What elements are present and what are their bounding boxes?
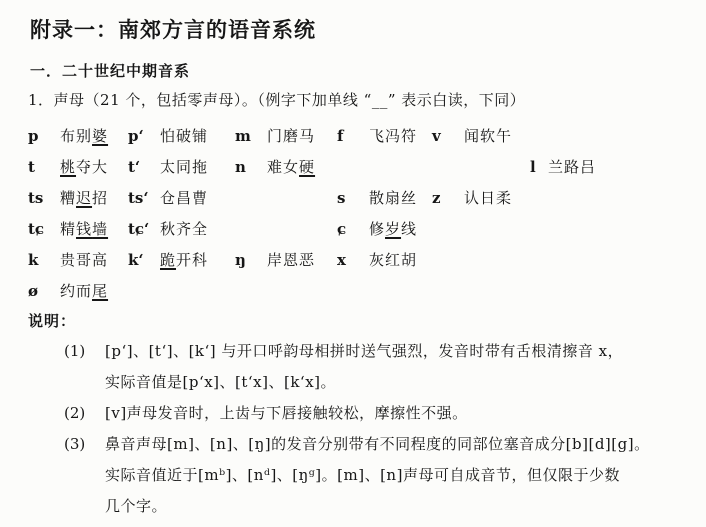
note-number: (1): [64, 336, 105, 367]
example-char-underlined: 尾: [92, 282, 108, 300]
initial-symbol: ts‘: [128, 189, 154, 207]
initials-table: p布别婆p‘怕破铺m门磨马f飞冯符v闻软午t桃夺大t‘太同拖n难女硬l兰路吕ts…: [28, 120, 688, 306]
initials-cell: m门磨马: [235, 125, 337, 146]
example-char: 女: [283, 158, 299, 176]
initials-cell: tɕ‘秋齐全: [128, 218, 235, 239]
example-char: 齐: [176, 220, 192, 238]
initials-cell: s散扇丝: [337, 187, 432, 208]
note-text: 鼻音声母[m]、[n]、[ŋ]的发音分别带有不同程度的同部位塞音成分[b][d]…: [105, 429, 690, 522]
initial-symbol: t: [28, 158, 54, 176]
example-char: 太: [160, 158, 176, 176]
note-item: (1) [p‘]、[t‘]、[k‘] 与开口呼韵母相拼时送气强烈，发音时带有舌根…: [64, 336, 690, 398]
example-char: 线: [401, 220, 417, 238]
example-char: 符: [401, 127, 417, 145]
example-char: 而: [76, 282, 92, 300]
initials-cell: t桃夺大: [28, 156, 128, 177]
example-char: 修: [369, 220, 385, 238]
example-char: 灰: [369, 251, 385, 269]
example-characters: 约而尾: [60, 280, 108, 301]
example-char: 认: [464, 189, 480, 207]
example-char: 磨: [283, 127, 299, 145]
example-char: 开: [176, 251, 192, 269]
page-title: 附录一：南郊方言的语音系统: [30, 14, 316, 44]
example-char: 约: [60, 282, 76, 300]
example-characters: 精钱墙: [60, 218, 108, 239]
example-char: 别: [76, 127, 92, 145]
example-char-underlined: 岁: [385, 220, 401, 238]
note-text: [v]声母发音时，上齿与下唇接触较松，摩擦性不强。: [105, 398, 690, 429]
example-char: 精: [60, 220, 76, 238]
example-char: 丝: [401, 189, 417, 207]
example-characters: 怕破铺: [160, 125, 208, 146]
example-characters: 贵哥高: [60, 249, 108, 270]
example-char: 冯: [385, 127, 401, 145]
initial-symbol: l: [530, 158, 540, 176]
initial-symbol: z: [432, 189, 458, 207]
example-char: 昌: [176, 189, 192, 207]
initials-intro-line: 1．声母（21 个，包括零声母）。（例字下加单线 “__” 表示白读，下同）: [28, 89, 525, 110]
example-characters: 秋齐全: [160, 218, 208, 239]
initials-row: ø约而尾: [28, 275, 688, 306]
example-characters: 认日柔: [464, 187, 512, 208]
example-char-underlined: 桃: [60, 158, 76, 176]
example-char-underlined: 钱: [76, 220, 92, 238]
initials-cell: f飞冯符: [337, 125, 432, 146]
example-char: 高: [92, 251, 108, 269]
initials-cell: n难女硬: [235, 156, 337, 177]
example-characters: 飞冯符: [369, 125, 417, 146]
initial-symbol: ŋ: [235, 251, 261, 269]
initials-row: ts糟迟招ts‘仓昌曹s散扇丝z认日柔: [28, 182, 688, 213]
initial-symbol: m: [235, 127, 261, 145]
example-characters: 修岁线: [369, 218, 417, 239]
example-char: 岸: [267, 251, 283, 269]
note-item: (2) [v]声母发音时，上齿与下唇接触较松，摩擦性不强。: [64, 398, 690, 429]
initials-cell: x灰红胡: [337, 249, 432, 270]
example-char: 夺: [76, 158, 92, 176]
initial-symbol: p: [28, 127, 54, 145]
initial-symbol: ø: [28, 282, 54, 300]
example-characters: 太同拖: [160, 156, 208, 177]
example-char: 扇: [385, 189, 401, 207]
note-text: [p‘]、[t‘]、[k‘] 与开口呼韵母相拼时送气强烈，发音时带有舌根清擦音 …: [105, 336, 690, 398]
example-characters: 跪开科: [160, 249, 208, 270]
initial-symbol: p‘: [128, 127, 154, 145]
example-characters: 难女硬: [267, 156, 315, 177]
initial-symbol: tɕ: [28, 220, 54, 238]
initials-cell: ø约而尾: [28, 280, 128, 301]
example-char-underlined: 硬: [299, 158, 315, 176]
example-char: 布: [60, 127, 76, 145]
example-characters: 门磨马: [267, 125, 315, 146]
example-char: 招: [92, 189, 108, 207]
document-page: 附录一：南郊方言的语音系统 一．二十世纪中期音系 1．声母（21 个，包括零声母…: [0, 0, 706, 527]
section-heading: 一．二十世纪中期音系: [30, 60, 190, 81]
initials-cell: z认日柔: [432, 187, 530, 208]
initial-symbol: t‘: [128, 158, 154, 176]
example-char: 怕: [160, 127, 176, 145]
example-char: 吕: [580, 158, 596, 176]
example-char: 秋: [160, 220, 176, 238]
initial-symbol: k‘: [128, 251, 154, 269]
initial-symbol: f: [337, 127, 363, 145]
note-number: (2): [64, 398, 105, 429]
example-characters: 桃夺大: [60, 156, 108, 177]
example-char: 破: [176, 127, 192, 145]
example-char: 马: [299, 127, 315, 145]
example-char: 全: [192, 220, 208, 238]
example-char: 飞: [369, 127, 385, 145]
initials-cell: k‘跪开科: [128, 249, 235, 270]
example-char-underlined: 跪: [160, 251, 176, 269]
initial-symbol: tɕ‘: [128, 220, 154, 238]
example-char: 贵: [60, 251, 76, 269]
example-char: 仓: [160, 189, 176, 207]
example-char: 哥: [76, 251, 92, 269]
notes-heading: 说明：: [28, 310, 76, 331]
initials-row: tɕ精钱墙tɕ‘秋齐全ɕ修岁线: [28, 213, 688, 244]
initials-cell: ts糟迟招: [28, 187, 128, 208]
initial-symbol: s: [337, 189, 363, 207]
example-char: 散: [369, 189, 385, 207]
example-char: 科: [192, 251, 208, 269]
example-char: 恩: [283, 251, 299, 269]
example-char: 路: [564, 158, 580, 176]
example-char: 红: [385, 251, 401, 269]
initials-cell: p布别婆: [28, 125, 128, 146]
example-char-underlined: 墙: [92, 220, 108, 238]
initials-cell: t‘太同拖: [128, 156, 235, 177]
example-char-underlined: 迟: [76, 189, 92, 207]
initials-cell: ts‘仓昌曹: [128, 187, 235, 208]
example-characters: 灰红胡: [369, 249, 417, 270]
initials-row: t桃夺大t‘太同拖n难女硬l兰路吕: [28, 151, 688, 182]
example-characters: 岸恩恶: [267, 249, 315, 270]
example-characters: 布别婆: [60, 125, 108, 146]
initials-cell: k贵哥高: [28, 249, 128, 270]
initials-cell: ɕ修岁线: [337, 218, 432, 239]
initial-symbol: k: [28, 251, 54, 269]
initial-symbol: v: [432, 127, 458, 145]
example-char: 糟: [60, 189, 76, 207]
initials-cell: v闻软午: [432, 125, 530, 146]
example-characters: 兰路吕: [548, 156, 596, 177]
example-char: 午: [496, 127, 512, 145]
example-char: 日: [480, 189, 496, 207]
example-char: 闻: [464, 127, 480, 145]
example-characters: 糟迟招: [60, 187, 108, 208]
initials-cell: l兰路吕: [530, 156, 688, 177]
initials-cell: tɕ精钱墙: [28, 218, 128, 239]
note-item: (3) 鼻音声母[m]、[n]、[ŋ]的发音分别带有不同程度的同部位塞音成分[b…: [64, 429, 690, 522]
note-number: (3): [64, 429, 105, 460]
example-char: 铺: [192, 127, 208, 145]
initials-cell: p‘怕破铺: [128, 125, 235, 146]
example-char: 兰: [548, 158, 564, 176]
initial-symbol: n: [235, 158, 261, 176]
example-characters: 仓昌曹: [160, 187, 208, 208]
example-char: 胡: [401, 251, 417, 269]
initial-symbol: ts: [28, 189, 54, 207]
example-char: 曹: [192, 189, 208, 207]
initials-cell: ŋ岸恩恶: [235, 249, 337, 270]
example-char: 拖: [192, 158, 208, 176]
example-characters: 闻软午: [464, 125, 512, 146]
example-char: 软: [480, 127, 496, 145]
example-char: 柔: [496, 189, 512, 207]
initials-row: p布别婆p‘怕破铺m门磨马f飞冯符v闻软午: [28, 120, 688, 151]
initial-symbol: ɕ: [337, 220, 363, 238]
example-char: 恶: [299, 251, 315, 269]
example-char: 门: [267, 127, 283, 145]
initials-row: k贵哥高k‘跪开科ŋ岸恩恶x灰红胡: [28, 244, 688, 275]
example-char-underlined: 婆: [92, 127, 108, 145]
example-char: 大: [92, 158, 108, 176]
initial-symbol: x: [337, 251, 363, 269]
notes-list: (1) [p‘]、[t‘]、[k‘] 与开口呼韵母相拼时送气强烈，发音时带有舌根…: [64, 336, 690, 522]
example-char: 同: [176, 158, 192, 176]
example-char: 难: [267, 158, 283, 176]
example-characters: 散扇丝: [369, 187, 417, 208]
